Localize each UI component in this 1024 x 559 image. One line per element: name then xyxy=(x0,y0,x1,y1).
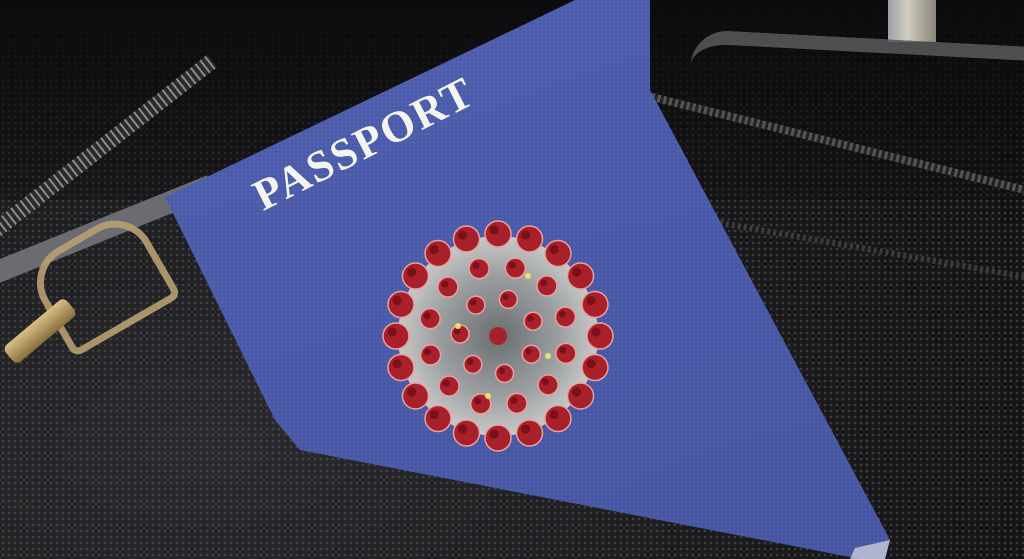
coronavirus-icon xyxy=(378,216,618,456)
bag-handle xyxy=(888,0,936,42)
photo-scene: PASSPORT xyxy=(0,0,1024,559)
